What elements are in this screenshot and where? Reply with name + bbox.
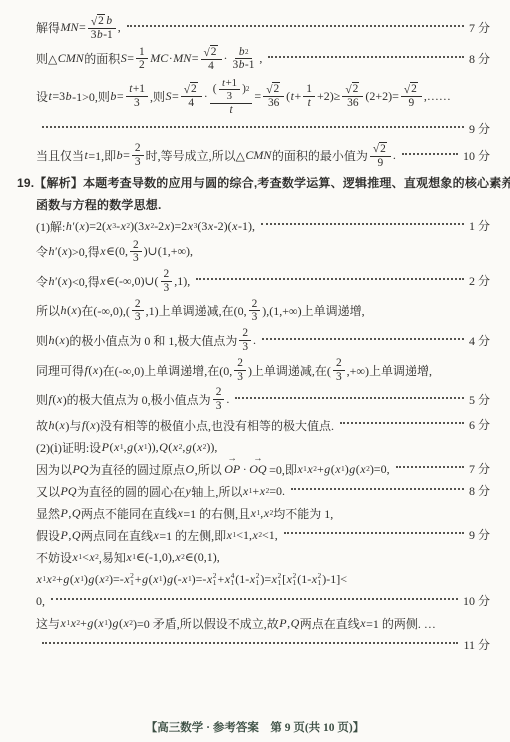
score-label: 5 分	[469, 391, 490, 408]
math-var: x	[307, 462, 312, 477]
math-var: MN	[173, 51, 191, 66]
math-var: x	[99, 572, 104, 587]
math-var: x	[225, 572, 230, 587]
math-var: x	[188, 219, 193, 234]
line-text: 解得 MN=√2b3b-1,	[36, 13, 121, 43]
math-var: x	[37, 572, 42, 587]
solution-line: 假设 P,Q 两点同在直线 x=1 的左侧,即 x1<1,x2<1,9 分	[36, 525, 490, 546]
math-var: x	[232, 219, 237, 234]
score-label: 8 分	[469, 482, 490, 499]
fraction: 23	[132, 298, 144, 325]
math-var: x	[73, 550, 78, 565]
score-label: 9 分	[469, 526, 490, 543]
math-var: Q	[72, 506, 81, 521]
fraction: √29	[401, 82, 422, 110]
fraction-denominator: 3	[249, 311, 261, 324]
vector-arrow: OP	[224, 461, 241, 477]
fraction-denominator: 3b-1	[88, 29, 116, 42]
dotted-leader	[42, 641, 458, 644]
math-var: MN	[61, 20, 79, 35]
math-var: g	[186, 440, 192, 455]
score-label: 11 分	[463, 636, 490, 653]
fraction-numerator: 2	[239, 327, 251, 341]
fraction-numerator: √2	[263, 82, 284, 97]
math-var: t	[129, 83, 132, 96]
page-footer: 【高三数学 · 参考答案 第 9 页(共 10 页)】	[0, 719, 510, 735]
math-var: PQ	[61, 484, 77, 499]
fraction-numerator: 1	[136, 46, 148, 60]
math-var: x	[138, 440, 143, 455]
fraction: 23	[130, 239, 142, 266]
line-text: (1)解:h′(x)=2(x3-x2)(3x2-2x)=2x3(3x-2)(x-…	[36, 218, 255, 235]
math-var: x	[79, 219, 84, 234]
math-var: Q	[291, 616, 300, 631]
line-text: 则△CMN 的面积 S=12MC · MN=√24 · b23b-1,	[36, 44, 262, 74]
subscript: 1	[292, 579, 296, 586]
fraction-denominator: 4	[205, 60, 217, 73]
solution-line: 0,10 分	[36, 591, 490, 612]
math-var: b	[239, 46, 245, 59]
math-var: P	[61, 528, 68, 543]
dotted-leader	[262, 337, 464, 340]
math-var: x	[60, 418, 65, 433]
math-var: x	[72, 303, 77, 318]
solution-line: x1x2+g(x1)g(x2)=-x21+g(x1)g(-x1)=-x21+x4…	[36, 569, 490, 590]
math-var: x	[175, 550, 180, 565]
line-text: 假设 P,Q 两点同在直线 x=1 的左侧,即 x1<1,x2<1,	[36, 527, 278, 544]
math-var: x	[98, 616, 103, 631]
math-var: t	[291, 89, 294, 104]
fraction-denominator: 3	[132, 156, 144, 169]
fraction-denominator: 4	[185, 97, 197, 110]
fraction-denominator: 3b-1	[230, 59, 258, 72]
stacked-scripts: 21	[277, 572, 281, 586]
fraction-numerator: √2	[201, 45, 222, 60]
math-var: g	[88, 572, 94, 587]
vector-arrow: OQ	[249, 461, 267, 477]
fraction: √24	[181, 82, 202, 110]
math-var: x	[107, 219, 112, 234]
dotted-leader	[42, 125, 464, 128]
math-var: MC	[150, 51, 168, 66]
math-var: t	[230, 104, 233, 117]
score-label: 7 分	[469, 19, 490, 36]
footer-text: 【高三数学 · 参考答案 第 9 页(共 10 页)】	[146, 722, 365, 734]
score-label: 1 分	[469, 217, 490, 234]
subscript: 1	[277, 579, 281, 586]
line-text: 同理可得 f(x)在(-∞,0)上单调递增,在(0,23)上单调递减,在(23,…	[36, 356, 432, 385]
line-text: 0,	[36, 594, 45, 609]
dotted-leader	[284, 531, 464, 534]
fraction: 23	[213, 386, 225, 413]
dotted-leader	[396, 465, 464, 468]
dotted-leader	[127, 24, 464, 27]
stacked-scripts: 21	[256, 572, 260, 586]
fraction-numerator: 2	[333, 357, 345, 371]
math-var: g	[142, 572, 148, 587]
fraction-denominator: 3	[131, 97, 143, 110]
fraction: √2b3b-1	[88, 14, 116, 42]
solution-line: 故 h(x)与 f(x)没有相等的极值小点,也没有相等的极大值点.6 分	[36, 415, 490, 436]
fraction-denominator: 9	[375, 157, 387, 170]
fraction-denominator: 36	[344, 97, 361, 110]
fraction-denominator: t	[304, 97, 314, 110]
fraction-denominator: 3	[224, 90, 235, 102]
line-text: 函数与方程的数学思想.	[36, 196, 162, 213]
math-var: b	[97, 29, 103, 42]
solution-line: 令 h′(x)<0,得 x∈(-∞,0)∪(23,1),2 分	[36, 267, 490, 296]
line-text: 故 h(x)与 f(x)没有相等的极值小点,也没有相等的极大值点.	[36, 417, 334, 434]
line-text: 显然 P,Q 两点不能同在直线 x=1 的右侧,且 x1,x2 均不能为 1,	[36, 505, 333, 522]
math-var: x	[47, 572, 52, 587]
solution-line: 当且仅当 t=1,即 b=23时,等号成立,所以△CMN 的面积的最小值为√29…	[36, 141, 490, 171]
math-var: g	[87, 616, 93, 631]
solution-line: 19.【解析】本题考查导数的应用与圆的综合,考查数学运算、逻辑推理、直观想象的核…	[17, 172, 490, 193]
fraction-denominator: 3	[132, 311, 144, 324]
math-var: x	[312, 572, 317, 587]
fraction-numerator: √2	[370, 142, 391, 157]
dotted-leader	[268, 55, 464, 58]
math-var: CMN	[245, 148, 271, 163]
document-page: 解得 MN=√2b3b-1,7 分则△CMN 的面积 S=12MC · MN=√…	[0, 0, 510, 742]
solution-line: 又以 PQ 为直径的圆的圆心在 y 轴上,所以 x1+x2=0.8 分	[36, 481, 490, 502]
fraction-denominator: 3	[161, 282, 173, 295]
subscript: 1	[130, 579, 134, 586]
math-var: b	[106, 15, 112, 28]
math-var: x	[93, 363, 98, 378]
math-var: x	[272, 572, 277, 587]
line-text: 设 t=3b-1>0,则 b=t+13,则 S=√24 · (t+13)2t=√…	[36, 75, 451, 118]
math-var: OP	[224, 462, 240, 476]
math-var: g	[324, 462, 330, 477]
math-var: P	[279, 616, 286, 631]
sqrt-radical: √2	[373, 142, 387, 156]
line-text: x1x2+g(x1)g(x2)=-x21+g(x1)g(-x1)=-x21+x4…	[36, 572, 347, 587]
solution-line: 所以 h(x)在(-∞,0),(23,1)上单调递减,在(0,23),(1,+∞…	[36, 297, 490, 326]
math-var: h	[49, 418, 55, 433]
line-text: 19.【解析】本题考查导数的应用与圆的综合,考查数学运算、逻辑推理、直观想象的核…	[17, 174, 510, 191]
math-var: b	[110, 89, 116, 104]
fraction: √236	[342, 82, 363, 110]
math-var: f	[85, 363, 88, 378]
fraction: 23	[234, 357, 246, 384]
line-text: 这与 x1x2+g(x1)g(x2)=0 矛盾,所以假设不成立,故 P,Q 两点…	[36, 615, 436, 632]
math-var: t	[222, 77, 225, 89]
dotted-leader	[235, 396, 464, 399]
math-var: x	[360, 616, 365, 631]
math-var: x	[260, 484, 265, 499]
solution-line: 则 f(x)的极大值点为 0,极小值点为23.5 分	[36, 385, 490, 414]
fraction: 1t	[303, 83, 315, 110]
math-var: x	[360, 462, 365, 477]
math-var: x	[173, 440, 178, 455]
math-var: b	[239, 59, 245, 72]
fraction-denominator: 3	[130, 252, 142, 265]
math-var: x	[227, 528, 232, 543]
solution-line: (1)解:h′(x)=2(x3-x2)(3x2-2x)=2x3(3x-2)(x-…	[36, 216, 490, 237]
sqrt-radical: √2	[404, 82, 418, 96]
subscript: 1	[318, 579, 322, 586]
fraction-numerator: √2	[401, 82, 422, 97]
math-var: x	[60, 333, 65, 348]
solution-line: (2)(ⅰ)证明:设 P(x1,g(x1)),Q(x2,g(x2)),	[36, 437, 490, 458]
math-var: x	[165, 219, 170, 234]
math-var: x	[126, 550, 131, 565]
fraction-numerator: t+1	[219, 77, 241, 90]
solution-line: 显然 P,Q 两点不能同在直线 x=1 的右侧,且 x1,x2 均不能为 1,	[36, 503, 490, 524]
math-var: h	[66, 219, 72, 234]
math-var: CMN	[58, 51, 84, 66]
math-var: P	[102, 440, 109, 455]
fraction: (t+13)2t	[210, 76, 253, 117]
fraction-denominator: t	[226, 104, 236, 117]
solution-line: 这与 x1x2+g(x1)g(x2)=0 矛盾,所以假设不成立,故 P,Q 两点…	[36, 613, 490, 634]
fraction-numerator: t+1	[126, 83, 148, 97]
score-label: 4 分	[469, 332, 490, 349]
math-var: x	[243, 484, 248, 499]
dotted-leader	[261, 222, 464, 225]
math-var: g	[127, 440, 133, 455]
fraction-numerator: √2b	[88, 14, 116, 29]
fraction: t+13	[219, 77, 241, 102]
score-label: 10 分	[463, 592, 490, 609]
fraction: t+13	[126, 83, 148, 110]
line-text: 不妨设 x1<x2,易知 x1∈(-1,0),x2∈(0,1),	[36, 549, 220, 566]
dotted-leader	[340, 421, 464, 424]
math-var: g	[349, 462, 355, 477]
line-text: 当且仅当 t=1,即 b=23时,等号成立,所以△CMN 的面积的最小值为√29…	[36, 141, 396, 171]
sqrt-radical: √2	[204, 45, 218, 59]
radicand: 2	[272, 82, 280, 96]
math-var: h	[61, 303, 67, 318]
score-label: 8 分	[469, 50, 490, 67]
line-text: 令 h′(x)<0,得 x∈(-∞,0)∪(23,1),	[36, 267, 190, 296]
fraction-numerator: 2	[130, 239, 142, 253]
fraction-denominator: 3	[333, 371, 345, 384]
solution-line: 则 h(x)的极小值点为 0 和 1,极大值点为23.4 分	[36, 326, 490, 355]
fraction-denominator: 3	[239, 341, 251, 354]
math-var: x	[57, 392, 62, 407]
math-var: O	[186, 462, 195, 477]
fraction-denominator: 3	[234, 371, 246, 384]
math-var: x	[182, 572, 187, 587]
math-var: Q	[159, 440, 168, 455]
math-var: x	[74, 572, 79, 587]
radicand: 2	[352, 82, 360, 96]
solution-line: 9 分	[36, 119, 490, 140]
sqrt-radical: √2	[345, 82, 359, 96]
math-var: x	[71, 616, 76, 631]
stacked-scripts: 41	[231, 572, 235, 586]
dotted-leader	[51, 597, 458, 600]
sqrt-radical: √2	[91, 14, 105, 28]
solution-line: 设 t=3b-1>0,则 b=t+13,则 S=√24 · (t+13)2t=√…	[36, 75, 490, 118]
math-var: x	[250, 572, 255, 587]
math-var: x	[100, 244, 105, 259]
line-text: 所以 h(x)在(-∞,0),(23,1)上单调递减,在(0,23),(1,+∞…	[36, 297, 365, 326]
solution-line: 函数与方程的数学思想.	[36, 194, 490, 215]
stacked-scripts: 21	[318, 572, 322, 586]
radicand: 2	[379, 142, 387, 156]
fraction: 23	[249, 298, 261, 325]
math-var: x	[62, 244, 67, 259]
subscript: 1	[213, 579, 217, 586]
solution-line: 因为以 PQ 为直径的圆过原点 O,所以OP · OQ=0,即 x1x2+g(x…	[36, 459, 490, 480]
solution-line: 解得 MN=√2b3b-1,7 分	[36, 13, 490, 43]
fraction-numerator: 2	[234, 357, 246, 371]
math-var: x	[335, 462, 340, 477]
stacked-scripts: 21	[130, 572, 134, 586]
fraction: 12	[136, 46, 148, 73]
math-var: h	[49, 333, 55, 348]
math-var: x	[90, 418, 95, 433]
solution-line: 则△CMN 的面积 S=12MC · MN=√24 · b23b-1,8 分	[36, 44, 490, 74]
math-var: t	[308, 97, 311, 110]
math-var: x	[145, 219, 150, 234]
score-label: 2 分	[469, 272, 490, 289]
math-var: g	[112, 616, 118, 631]
math-var: x	[154, 528, 159, 543]
fraction: b23b-1	[230, 46, 258, 73]
math-var: x	[297, 462, 302, 477]
stacked-scripts: 21	[292, 572, 296, 586]
solution-line: 令 h′(x)>0,得 x∈(0,23)∪(1,+∞),	[36, 238, 490, 267]
math-var: OQ	[249, 462, 266, 476]
fraction: √236	[263, 82, 284, 110]
radicand: 2	[210, 45, 218, 59]
radicand: 2	[190, 82, 198, 96]
math-var: y	[186, 484, 191, 499]
math-var: x	[197, 440, 202, 455]
math-var: PQ	[73, 462, 89, 477]
stacked-scripts: 21	[213, 572, 217, 586]
math-var: b	[66, 89, 72, 104]
dotted-leader	[402, 152, 458, 155]
fraction: 23	[239, 327, 251, 354]
solution-line: 11 分	[36, 635, 490, 656]
math-var: x	[89, 550, 94, 565]
fraction-denominator: 36	[265, 97, 282, 110]
math-var: x	[114, 440, 119, 455]
score-label: 6 分	[469, 416, 490, 433]
line-text: 则 h(x)的极小值点为 0 和 1,极大值点为23.	[36, 326, 256, 355]
math-var: x	[123, 616, 128, 631]
fraction: 23	[132, 142, 144, 169]
fraction-numerator: 2	[132, 142, 144, 156]
math-var: x	[61, 616, 66, 631]
fraction-numerator: √2	[181, 82, 202, 97]
fraction-numerator: 2	[213, 386, 225, 400]
fraction-denominator: 2	[136, 59, 148, 72]
math-var: t	[49, 89, 52, 104]
math-var: x	[153, 572, 158, 587]
math-var: h	[49, 244, 55, 259]
math-var: t	[85, 148, 88, 163]
solution-line: 同理可得 f(x)在(-∞,0)上单调递增,在(0,23)上单调递减,在(23,…	[36, 356, 490, 385]
fraction-numerator: 2	[161, 268, 173, 282]
math-var: x	[252, 528, 257, 543]
fraction-numerator: b2	[235, 46, 251, 60]
fraction-numerator: 1	[303, 83, 315, 97]
fraction-numerator: 2	[132, 298, 144, 312]
math-var: f	[82, 418, 85, 433]
math-var: b	[117, 148, 123, 163]
subscript: 1	[231, 579, 235, 586]
line-text: 又以 PQ 为直径的圆的圆心在 y 轴上,所以 x1+x2=0.	[36, 483, 285, 500]
math-var: g	[63, 572, 69, 587]
line-text: 因为以 PQ 为直径的圆过原点 O,所以OP · OQ=0,即 x1x2+g(x…	[36, 461, 390, 478]
math-var: Q	[72, 528, 81, 543]
fraction: √29	[370, 142, 391, 170]
fraction: 23	[333, 357, 345, 384]
math-var: P	[61, 506, 68, 521]
math-var: x	[251, 506, 256, 521]
solution-content: 解得 MN=√2b3b-1,7 分则△CMN 的面积 S=12MC · MN=√…	[36, 12, 490, 657]
fraction-denominator: 3	[213, 400, 225, 413]
line-text: 令 h′(x)>0,得 x∈(0,23)∪(1,+∞),	[36, 238, 193, 267]
math-var: x	[207, 572, 212, 587]
subscript: 1	[256, 579, 260, 586]
sqrt-radical: √2	[184, 82, 198, 96]
line-text: 则 f(x)的极大值点为 0,极小值点为23.	[36, 385, 229, 414]
math-var: x	[178, 506, 183, 521]
math-var: f	[49, 392, 52, 407]
math-var: x	[264, 506, 269, 521]
score-label: 9 分	[469, 120, 490, 137]
math-var: S	[166, 89, 172, 104]
math-var: h	[49, 274, 55, 289]
math-var: x	[208, 219, 213, 234]
score-label: 7 分	[469, 460, 490, 477]
dotted-leader	[196, 277, 464, 280]
fraction-numerator: 2	[249, 298, 261, 312]
line-text: (2)(ⅰ)证明:设 P(x1,g(x1)),Q(x2,g(x2)),	[36, 439, 217, 456]
math-var: x	[121, 219, 126, 234]
math-var: x	[62, 274, 67, 289]
math-var: x	[287, 572, 292, 587]
fraction-numerator: (t+13)2	[210, 76, 253, 104]
math-var: g	[167, 572, 173, 587]
dotted-leader	[291, 487, 464, 490]
sqrt-radical: √2	[266, 82, 280, 96]
fraction: 23	[161, 268, 173, 295]
solution-line: 不妨设 x1<x2,易知 x1∈(-1,0),x2∈(0,1),	[36, 547, 490, 568]
score-label: 10 分	[463, 147, 490, 164]
fraction-denominator: 9	[405, 97, 417, 110]
radicand: 2	[410, 82, 418, 96]
fraction: √24	[201, 45, 222, 73]
math-var: S	[121, 51, 127, 66]
radicand: 2	[97, 14, 105, 28]
fraction-numerator: √2	[342, 82, 363, 97]
math-var: x	[100, 274, 105, 289]
math-var: x	[124, 572, 129, 587]
